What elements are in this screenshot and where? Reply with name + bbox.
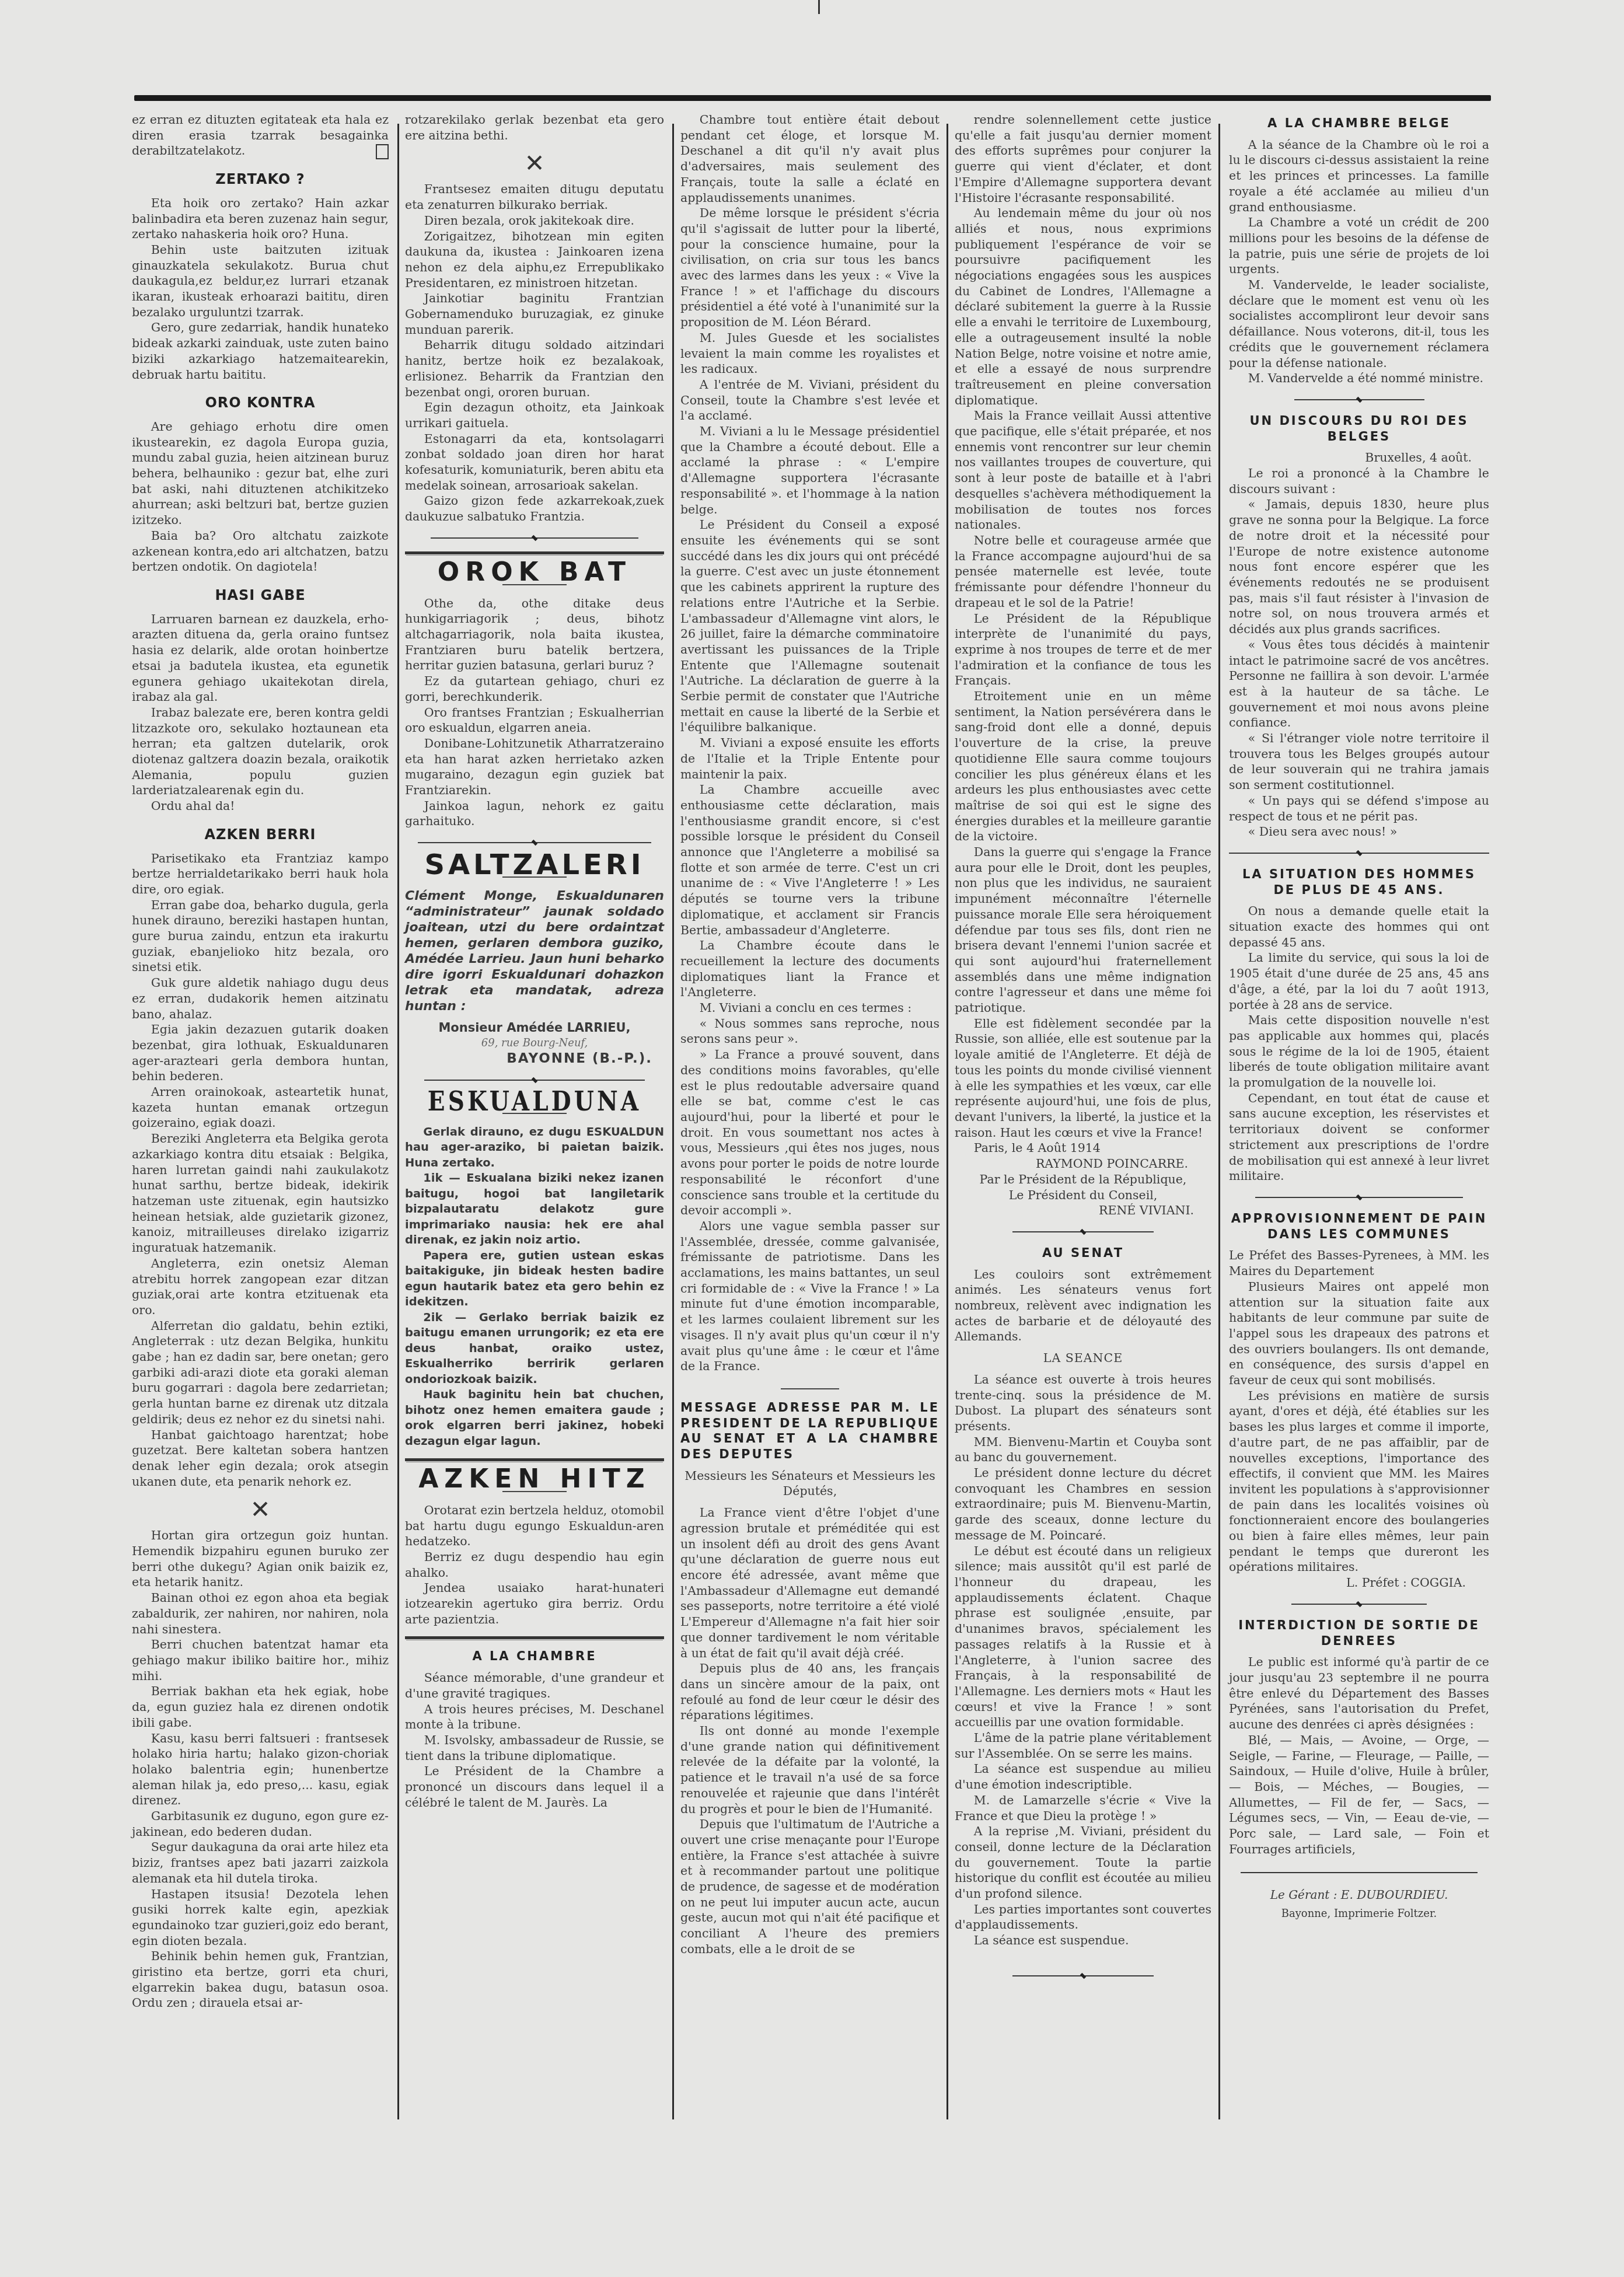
paragraph: Les prévisions en matière de sursis ayan…: [1229, 1388, 1489, 1575]
paragraph: A trois heures précises, M. Deschanel mo…: [405, 1702, 664, 1733]
col1-after-cross: Hortan gira ortzegun goiz huntan. Hemend…: [132, 1528, 389, 2011]
paragraph: Ordu ahal da!: [132, 798, 389, 814]
paragraph: Chambre tout entière était debout pendan…: [680, 112, 940, 205]
paragraph: « Vous êtes tous décidés à maintenir int…: [1229, 637, 1489, 731]
paragraph: A la reprise ,M. Viviani, président du c…: [955, 1824, 1211, 1902]
paragraph: La séance est suspendue au milieu d'une …: [955, 1761, 1211, 1792]
paragraph: Le roi a prononcé à la Chambre le discou…: [1229, 466, 1489, 497]
section-title: HASI GABE: [132, 588, 389, 603]
paragraph: Au lendemain même du jour où nos alliés …: [955, 205, 1211, 408]
saltzaleri-notice: Clément Monge, Eskualdunaren “administra…: [405, 888, 664, 1014]
paragraph: Hortan gira ortzegun goiz huntan. Hemend…: [132, 1528, 389, 1590]
countersign-line-1: Par le Président de la République,: [955, 1172, 1211, 1188]
chambre-belge-title: A LA CHAMBRE BELGE: [1229, 116, 1489, 131]
paragraph: Jendea usaiako harat-hunateri iotzeareki…: [405, 1580, 664, 1627]
paragraph: Plusieurs Maires ont appelé mon attentio…: [1229, 1279, 1489, 1388]
section-title: ZERTAKO ?: [132, 172, 389, 187]
ornamental-rule: [1012, 1228, 1154, 1236]
ornamental-rule: [1291, 1600, 1427, 1608]
paragraph: Hanbat gaichtoago harentzat; hobe guzetz…: [132, 1427, 389, 1490]
ornamental-rule: [431, 534, 638, 542]
paragraph: 2ik — Gerlako berriak baizik ez baitugu …: [405, 1310, 664, 1388]
paragraph: Le Président du Conseil a exposé ensuite…: [680, 517, 940, 735]
paragraph: De même lorsque le président s'écria qu'…: [680, 205, 940, 330]
printer-line: Bayonne, Imprimerie Foltzer.: [1229, 1906, 1489, 1922]
section-rule: [405, 551, 664, 554]
paragraph: Mais cette disposition nouvelle n'est pa…: [1229, 1012, 1489, 1091]
paragraph: Bainan othoi ez egon ahoa eta begiak zab…: [132, 1590, 389, 1637]
paragraph: La séance est ouverte à trois heures tre…: [955, 1372, 1211, 1434]
column-divider: [397, 124, 399, 2119]
paragraph: Frantsesez emaiten ditugu deputatu eta z…: [405, 181, 664, 212]
paragraph: Beharrik ditugu soldado aitzindari hanit…: [405, 337, 664, 400]
paragraph: Notre belle et courageuse armée que la F…: [955, 533, 1211, 611]
paragraph: Oro frantses Frantzian ; Eskualherrian o…: [405, 705, 664, 736]
la-seance-body: La séance est ouverte à trois heures tre…: [955, 1372, 1211, 1948]
paragraph: MM. Bienvenu-Martin et Couyba sont au ba…: [955, 1434, 1211, 1465]
address-name: Monsieur Amédée LARRIEU,: [405, 1020, 664, 1036]
countersign-line-2: Le Président du Conseil,: [955, 1188, 1211, 1203]
gerant-signature: Le Gérant : E. DUBOURDIEU.: [1229, 1887, 1489, 1903]
au-senat-body: Les couloirs sont extrêmement animés. Le…: [955, 1267, 1211, 1345]
discours-roi-title: UN DISCOURS DU ROI DES BELGES: [1229, 413, 1489, 444]
message-title: MESSAGE ADRESSE PAR M. LE PRESIDENT DE L…: [680, 1400, 940, 1462]
pain-salutation: Le Préfet des Basses-Pyrenees, à MM. les…: [1229, 1248, 1489, 1279]
paragraph: Alors une vague sembla passer sur l'Asse…: [680, 1218, 940, 1374]
denrees-title: INTERDICTION DE SORTIE DE DENREES: [1229, 1618, 1489, 1649]
paragraph: M. Vandervelde, le leader socialiste, dé…: [1229, 277, 1489, 371]
paragraph: Irabaz balezate ere, beren kontra geldi …: [132, 705, 389, 798]
ornamental-rule: [1294, 396, 1424, 404]
paragraph: Parisetikako eta Frantziaz kampo bertze …: [132, 851, 389, 897]
paragraph: Jainkotiar baginitu Frantzian Gobernamen…: [405, 291, 664, 337]
paragraph: Mais la France veillait Aussi attentive …: [955, 408, 1211, 533]
paragraph: Alferretan dio galdatu, behin eztiki, An…: [132, 1318, 389, 1427]
paragraph: Jainkoa lagun, nehork ez gaitu garhaituk…: [405, 798, 664, 829]
paragraph: M. Viviani a exposé ensuite les efforts …: [680, 735, 940, 782]
pain-body: Plusieurs Maires ont appelé mon attentio…: [1229, 1279, 1489, 1575]
eskualduna-title: ESKUALDUNA: [424, 1094, 644, 1109]
lead-text: rotzarekilako gerlak bezenbat eta gero e…: [405, 112, 664, 143]
dateline: Paris, le 4 Août 1914: [955, 1140, 1211, 1156]
paragraph: Etroitement unie en un même sentiment, l…: [955, 689, 1211, 844]
paragraph: Le Président de la République interprète…: [955, 611, 1211, 689]
paragraph: Le président donne lecture du décret con…: [955, 1465, 1211, 1543]
paragraph: « Jamais, depuis 1830, heure plus grave …: [1229, 497, 1489, 637]
paragraph: Hastapen itsusia! Dezotela lehen gusiki …: [132, 1887, 389, 1949]
paragraph: Blé, — Mais, — Avoine, — Orge, — Seigle,…: [1229, 1733, 1489, 1857]
section-rule: [781, 1388, 839, 1389]
paragraph: Ils ont donné au monde l'exemple d'une g…: [680, 1723, 940, 1817]
pain-signature: L. Préfet : COGGIA.: [1229, 1575, 1466, 1591]
col2-after-cross: Frantsesez emaiten ditugu deputatu eta z…: [405, 181, 664, 524]
address-city: BAYONNE (B.-P.).: [405, 1051, 652, 1067]
paragraph: Gero, gure zedarriak, handik hunateko bi…: [132, 320, 389, 382]
col1-sections: ZERTAKO ?Eta hoik oro zertako? Hain azka…: [132, 172, 389, 1489]
cross-ornament-icon: ✕: [132, 1497, 389, 1522]
signature-viviani: RENÉ VIVIANI.: [955, 1203, 1194, 1218]
chambre-report-body: Chambre tout entière était debout pendan…: [680, 112, 940, 1374]
section-title: ORO KONTRA: [132, 395, 389, 411]
paragraph: Papera ere, gutien ustean eskas baitakig…: [405, 1248, 664, 1310]
paragraph: Behin uste baitzuten izituak ginauzkatel…: [132, 242, 389, 320]
paragraph: rendre solennellement cette justice qu'e…: [955, 112, 1211, 205]
paragraph: Guk gure aldetik nahiago dugu deus ez er…: [132, 975, 389, 1022]
column-4: rendre solennellement cette justice qu'e…: [955, 112, 1211, 1989]
paragraph: M. de Lamarzelle s'écrie « Vive la Franc…: [955, 1793, 1211, 1824]
paragraph: Estonagarri da eta, kontsolagarri zonbat…: [405, 431, 664, 494]
column-1: ez erran ez dituzten egitateak eta hala …: [132, 112, 389, 2011]
saltzaleri-title: SALTZALERI: [405, 857, 664, 873]
paragraph: M. Viviani a lu le Message présidentiel …: [680, 424, 940, 517]
azken-hitz-body: Orotarat ezin bertzela helduz, otomobil …: [405, 1503, 664, 1628]
message-body: La France vient d'être l'objet d'une agr…: [680, 1505, 940, 1957]
paragraph: » La France a prouvé souvent, dans des c…: [680, 1047, 940, 1218]
paragraph: Le Président de la Chambre a prononcé un…: [405, 1763, 664, 1810]
paragraph: M. Vandervelde a été nommé ministre.: [1229, 371, 1489, 386]
lead-text: ez erran ez dituzten egitateak eta hala …: [132, 112, 389, 159]
column-divider: [672, 124, 674, 2119]
paragraph: Gaizo gizon fede azkarrekoak,zuek daukuz…: [405, 493, 664, 524]
paragraph: A la séance de la Chambre où le roi a lu…: [1229, 137, 1489, 215]
paragraph: Hauk baginitu hein bat chuchen, bihotz o…: [405, 1387, 664, 1449]
paragraph: Are gehiago erhotu dire omen ikusteareki…: [132, 419, 389, 528]
footer-rule: [1241, 1872, 1478, 1873]
ornamental-rule: [1012, 1972, 1154, 1980]
chambre-belge-body: A la séance de la Chambre où le roi a lu…: [1229, 137, 1489, 386]
paragraph: A l'entrée de M. Viviani, président du C…: [680, 377, 940, 424]
paragraph: Egia jakin dezazuen gutarik doaken bezen…: [132, 1022, 389, 1084]
discours-dateline: Bruxelles, 4 août.: [1229, 450, 1472, 466]
la-seance-subtitle: LA SEANCE: [955, 1350, 1211, 1366]
orok-bat-body: Othe da, othe ditake deus hunkigarriagor…: [405, 596, 664, 830]
ornamental-rule: [1255, 1193, 1464, 1202]
paragraph: M. Viviani a conclu en ces termes :: [680, 1000, 940, 1016]
pain-title: APPROVISIONNEMENT DE PAIN DANS LES COMMU…: [1229, 1211, 1489, 1242]
paragraph: Kasu, kasu berri faltsueri : frantsesek …: [132, 1731, 389, 1809]
paragraph: Gerlak dirauno, ez dugu ESKUALDUN hau ag…: [405, 1124, 664, 1171]
paragraph: Orotarat ezin bertzela helduz, otomobil …: [405, 1503, 664, 1549]
orok-bat-title: OROK BAT: [405, 565, 664, 581]
paragraph: Bereziki Angleterra eta Belgika gerota a…: [132, 1131, 389, 1256]
paragraph: Dans la guerre qui s'engage la France au…: [955, 844, 1211, 1016]
eskualduna-body: Gerlak dirauno, ez dugu ESKUALDUN hau ag…: [405, 1124, 664, 1450]
paragraph: Elle est fidèlement secondée par la Russ…: [955, 1016, 1211, 1141]
paragraph: Depuis plus de 40 ans, les français dans…: [680, 1661, 940, 1723]
page-edge-mark: [818, 0, 820, 14]
paragraph: « Un pays qui se défend s'impose au resp…: [1229, 793, 1489, 824]
paragraph: Séance mémorable, d'une grandeur et d'un…: [405, 1670, 664, 1701]
paragraph: La séance est suspendue.: [955, 1933, 1211, 1948]
paragraph: Donibane-Lohitzunetik Atharratzeraino et…: [405, 736, 664, 798]
address-street: 69, rue Bourg-Neuf,: [405, 1036, 664, 1052]
paragraph: L'âme de la patrie plane véritablement s…: [955, 1730, 1211, 1761]
column-2: rotzarekilako gerlak bezenbat eta gero e…: [405, 112, 664, 1811]
column-divider: [1218, 124, 1220, 2119]
paragraph: Arren orainokoak, asteartetik hunat, kaz…: [132, 1084, 389, 1131]
section-rule: [405, 1636, 664, 1639]
column-3: Chambre tout entière était debout pendan…: [680, 112, 940, 1957]
azken-hitz-title: AZKEN HITZ: [405, 1472, 664, 1487]
paragraph: Segur daukaguna da orai arte hilez eta b…: [132, 1839, 389, 1886]
ornament-box-icon: [376, 144, 389, 159]
au-senat-title: AU SENAT: [955, 1245, 1211, 1261]
paragraph: Eta hoik oro zertako? Hain azkar balinba…: [132, 195, 389, 242]
situation-45-title: LA SITUATION DES HOMMES DE PLUS DE 45 AN…: [1229, 867, 1489, 897]
situation-45-body: On nous a demande quelle etait la situat…: [1229, 903, 1489, 1184]
paragraph: La Chambre accueille avec enthousiasme c…: [680, 782, 940, 938]
paragraph: Ez da gutartean gehiago, churi ez gorri,…: [405, 673, 664, 704]
paragraph: On nous a demande quelle etait la situat…: [1229, 903, 1489, 950]
paragraph: Othe da, othe ditake deus hunkigarriagor…: [405, 596, 664, 674]
paragraph: Depuis que l'ultimatum de l'Autriche a o…: [680, 1817, 940, 1957]
ornamental-rule: [418, 839, 651, 847]
discours-roi-body: Le roi a prononcé à la Chambre le discou…: [1229, 466, 1489, 840]
paragraph: La limite du service, qui sous la loi de…: [1229, 950, 1489, 1012]
section-title: AZKEN BERRI: [132, 827, 389, 843]
cross-ornament-icon: ✕: [405, 151, 664, 176]
column-5: A LA CHAMBRE BELGE A la séance de la Cha…: [1229, 112, 1489, 1922]
paragraph: Cependant, en tout état de cause et sans…: [1229, 1091, 1489, 1184]
paragraph: Larruaren barnean ez dauzkela, erho-araz…: [132, 612, 389, 705]
paragraph: La France vient d'être l'objet d'une agr…: [680, 1505, 940, 1661]
paragraph: Berri chuchen batentzat hamar eta gehiag…: [132, 1637, 389, 1684]
paragraph: « Dieu sera avec nous! »: [1229, 824, 1489, 840]
paragraph: Les couloirs sont extrêmement animés. Le…: [955, 1267, 1211, 1345]
paragraph: Les parties importantes sont couvertes d…: [955, 1902, 1211, 1933]
paragraph: M. Isvolsky, ambassadeur de Russie, se t…: [405, 1733, 664, 1763]
denrees-body: Le public est informé qu'à partir de ce …: [1229, 1654, 1489, 1857]
paragraph: La Chambre écoute dans le recueillement …: [680, 938, 940, 1000]
paragraph: Baia ba? Oro altchatu zaizkote azkenean …: [132, 528, 389, 575]
paragraph: Egin dezagun othoitz, eta Jainkoak urrik…: [405, 400, 664, 431]
paragraph: Le début est écouté dans un religieux si…: [955, 1543, 1211, 1730]
paragraph: « Nous sommes sans reproche, nous serons…: [680, 1016, 940, 1047]
masthead-rule: [134, 95, 1491, 101]
paragraph: M. Jules Guesde et les socialistes levai…: [680, 330, 940, 377]
paragraph: Behinik behin hemen guk, Frantzian, giri…: [132, 1948, 389, 2011]
paragraph: Erran gabe doa, beharko dugula, gerla hu…: [132, 897, 389, 976]
ornamental-rule: [1229, 849, 1489, 857]
newspaper-columns: ez erran ez dituzten egitateak eta hala …: [132, 112, 1492, 2189]
message-salutation: Messieurs les Sénateurs et Messieurs les…: [680, 1468, 940, 1499]
column-divider: [947, 124, 948, 2119]
paragraph: Zorigaitzez, bihotzean min egiten daukun…: [405, 229, 664, 291]
paragraph: « Si l'étranger viole notre territoire i…: [1229, 731, 1489, 793]
a-la-chambre-title: A LA CHAMBRE: [405, 1649, 664, 1664]
paragraph: Berriak bakhan eta hek egiak, hobe da, e…: [132, 1684, 389, 1730]
ornamental-rule: [424, 1076, 644, 1084]
paragraph: La Chambre a voté un crédit de 200 milli…: [1229, 215, 1489, 277]
paragraph: 1ik — Eskualana biziki nekez izanen bait…: [405, 1171, 664, 1248]
paragraph: Le public est informé qu'à partir de ce …: [1229, 1654, 1489, 1733]
signature-poincare: RAYMOND POINCARRE.: [955, 1156, 1188, 1172]
message-continued: rendre solennellement cette justice qu'e…: [955, 112, 1211, 1140]
paragraph: Garbitasunik ez duguno, egon gure ez-jak…: [132, 1808, 389, 1839]
a-la-chambre-body: Séance mémorable, d'une grandeur et d'un…: [405, 1670, 664, 1810]
section-rule: [405, 1458, 664, 1461]
paragraph: Angleterra, ezin onetsiz Aleman atrebitu…: [132, 1256, 389, 1318]
paragraph: Berriz ez dugu despendio hau egin ahalko…: [405, 1549, 664, 1580]
paragraph: Diren bezala, orok jakitekoak dire.: [405, 213, 664, 229]
